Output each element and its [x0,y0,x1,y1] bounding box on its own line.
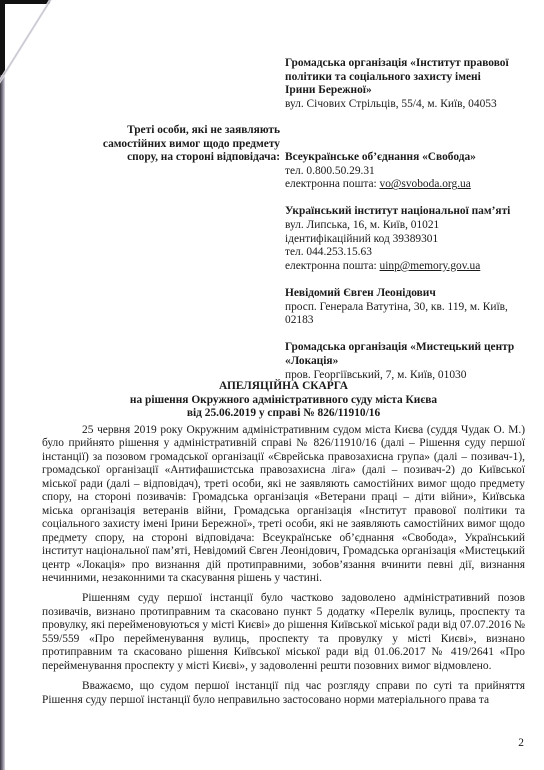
third-parties-label-line: самостійних вимог щодо предмету [103,138,280,152]
document-subtitle: від 25.06.2019 у справі № 826/11910/16 [42,407,525,421]
third-party-name: Всеукраїнське об’єднання «Свобода» [285,151,530,165]
document-subtitle: на рішення Окружного адміністративного с… [42,394,525,408]
plaintiff-org-name: політики та соціального захисту імені [285,71,530,85]
third-party-name: Невідомий Євген Леонідович [285,287,530,301]
third-party-code: ідентифікаційний код 39389301 [285,233,530,247]
email-link[interactable]: uinp@memory.gov.ua [380,260,481,272]
plaintiff-org-block: Громадська організація «Інститут правово… [285,57,530,111]
body-paragraph: Вважаємо, що судом першої інстанції під … [42,680,525,707]
third-party-person: Невідомий Євген Леонідович просп. Генера… [285,287,530,328]
plaintiff-org-name: Ірини Бережної» [285,84,530,98]
document-title: АПЕЛЯЦІЙНА СКАРГА [42,380,525,394]
third-party-location: Громадська організація «Мистецький центр… [285,341,530,382]
third-parties-list: Всеукраїнське об’єднання «Свобода» тел. … [285,151,530,396]
third-party-address: вул. Липська, 16, м. Київ, 01021 [285,219,530,233]
scan-corner-artifact [0,0,5,75]
third-party-phone: тел. 044.253.15.63 [285,246,530,260]
body-paragraph: Рішенням суду першої інстанції було част… [42,592,525,673]
third-party-name: «Локація» [285,355,530,369]
third-party-svoboda: Всеукраїнське об’єднання «Свобода» тел. … [285,151,530,192]
email-label: електронна пошта: [285,260,380,272]
third-party-name: Громадська організація «Мистецький центр [285,341,530,355]
third-party-phone: тел. 0.800.50.29.31 [285,165,530,179]
third-parties-label: Треті особи, які не заявляють самостійни… [103,124,280,165]
body-paragraph: 25 червня 2019 року Окружним адміністрат… [42,424,525,585]
scan-edge-left [0,0,5,770]
scan-fold-line [0,0,53,89]
third-party-email-line: електронна пошта: uinp@memory.gov.ua [285,260,530,274]
document-title-block: АПЕЛЯЦІЙНА СКАРГА на рішення Окружного а… [42,380,525,421]
third-party-name: Український інститут національної пам’ят… [285,205,530,219]
page-number: 2 [518,737,524,749]
third-parties-label-line: спору, на стороні відповідача: [103,151,280,165]
third-party-address: просп. Генерала Ватутіна, 30, кв. 119, м… [285,301,530,315]
email-label: електронна пошта: [285,178,380,190]
scan-corner-artifact [0,0,50,4]
third-party-email-line: електронна пошта: vo@svoboda.org.ua [285,178,530,192]
third-party-address: 02183 [285,314,530,328]
third-party-uinp: Український інститут національної пам’ят… [285,205,530,273]
plaintiff-org-name: Громадська організація «Інститут правово… [285,57,530,71]
document-body: 25 червня 2019 року Окружним адміністрат… [42,424,525,707]
email-link[interactable]: vo@svoboda.org.ua [380,178,471,190]
plaintiff-org-address: вул. Січових Стрільців, 55/4, м. Київ, 0… [285,98,530,112]
third-parties-label-line: Треті особи, які не заявляють [103,124,280,138]
